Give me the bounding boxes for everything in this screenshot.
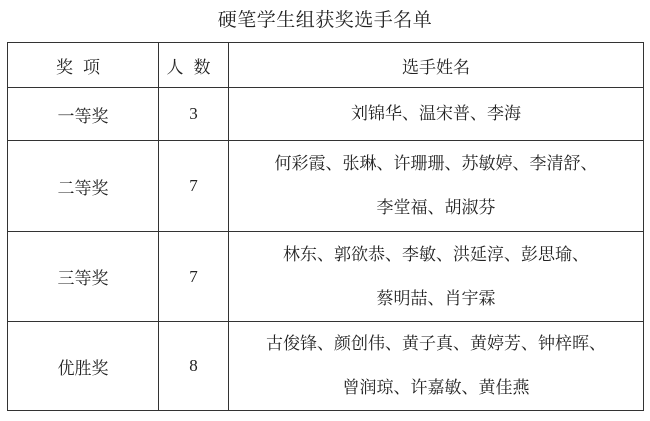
table-row: 优胜奖 8 古俊锋、颜创伟、黄子真、黄婷芳、钟梓晖、 曾润琼、许嘉敏、黄佳燕 <box>8 322 644 411</box>
award-cell: 二等奖 <box>8 141 159 232</box>
names-cell: 何彩霞、张琳、许珊珊、苏敏婷、李清舒、 李堂福、胡淑芬 <box>229 141 644 232</box>
names-line: 李堂福、胡淑芬 <box>229 186 643 230</box>
names-line: 刘锦华、温宋普、李海 <box>229 92 643 136</box>
count-cell: 7 <box>159 141 229 232</box>
names-cell: 刘锦华、温宋普、李海 <box>229 88 644 141</box>
count-cell: 8 <box>159 322 229 411</box>
names-line: 何彩霞、张琳、许珊珊、苏敏婷、李清舒、 <box>229 142 643 186</box>
names-line: 林东、郭欲恭、李敏、洪延淳、彭思瑜、 <box>229 233 643 277</box>
award-cell: 一等奖 <box>8 88 159 141</box>
award-table: 奖项 人数 选手姓名 一等奖 3 刘锦华、温宋普、李海 二等奖 7 何彩霞、张琳… <box>7 42 644 411</box>
table-row: 三等奖 7 林东、郭欲恭、李敏、洪延淳、彭思瑜、 蔡明喆、肖宇霖 <box>8 232 644 322</box>
document-title: 硬笔学生组获奖选手名单 <box>0 6 650 34</box>
names-line: 曾润琼、许嘉敏、黄佳燕 <box>229 366 643 410</box>
table-row: 二等奖 7 何彩霞、张琳、许珊珊、苏敏婷、李清舒、 李堂福、胡淑芬 <box>8 141 644 232</box>
award-cell: 优胜奖 <box>8 322 159 411</box>
award-cell: 三等奖 <box>8 232 159 322</box>
names-cell: 古俊锋、颜创伟、黄子真、黄婷芳、钟梓晖、 曾润琼、许嘉敏、黄佳燕 <box>229 322 644 411</box>
header-count: 人数 <box>159 43 229 88</box>
names-line: 古俊锋、颜创伟、黄子真、黄婷芳、钟梓晖、 <box>229 322 643 366</box>
header-award: 奖项 <box>8 43 159 88</box>
header-names: 选手姓名 <box>229 43 644 88</box>
table-row: 一等奖 3 刘锦华、温宋普、李海 <box>8 88 644 141</box>
table-header-row: 奖项 人数 选手姓名 <box>8 43 644 88</box>
names-line: 蔡明喆、肖宇霖 <box>229 277 643 321</box>
count-cell: 7 <box>159 232 229 322</box>
names-cell: 林东、郭欲恭、李敏、洪延淳、彭思瑜、 蔡明喆、肖宇霖 <box>229 232 644 322</box>
count-cell: 3 <box>159 88 229 141</box>
